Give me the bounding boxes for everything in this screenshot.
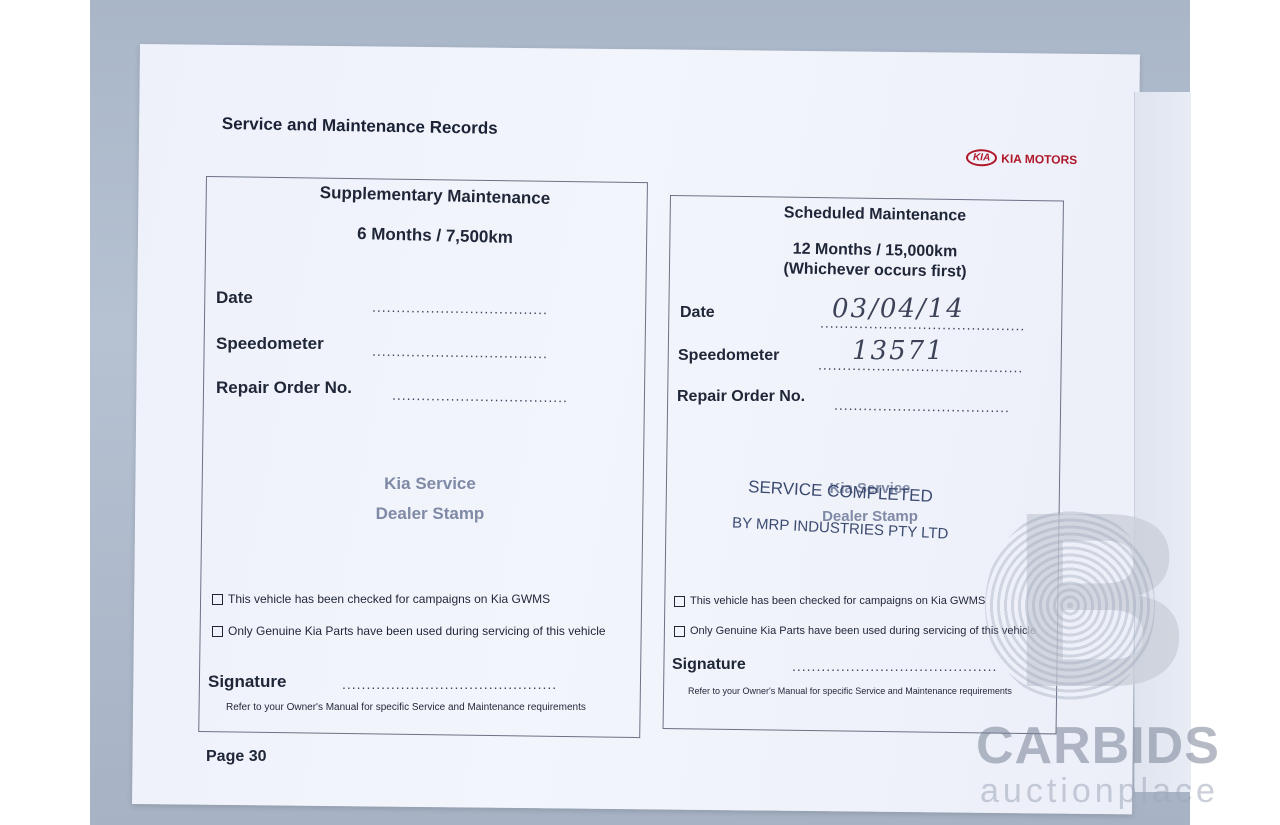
left-date-label: Date [216, 288, 253, 308]
checkbox-icon[interactable] [212, 626, 223, 637]
right-check-genuine-parts[interactable]: Only Genuine Kia Parts have been used du… [674, 625, 1036, 637]
left-stamp-line1: Kia Service [340, 474, 520, 494]
left-stamp-line2: Dealer Stamp [340, 504, 520, 524]
watermark-brand: CARBIDS [976, 716, 1220, 776]
left-signature-field[interactable]: ........................................… [342, 676, 557, 692]
left-repair-order-label: Repair Order No. [216, 378, 352, 398]
right-repair-order-label: Repair Order No. [677, 388, 805, 406]
right-signature-field[interactable]: ........................................… [792, 658, 997, 674]
left-card-note: Refer to your Owner's Manual for specifi… [226, 702, 586, 713]
fingerprint-icon [985, 508, 1155, 703]
kia-motors-logo: KIA KIA MOTORS [966, 149, 1078, 168]
supplementary-maintenance-card [198, 176, 648, 738]
checkbox-icon[interactable] [674, 596, 685, 607]
right-signature-label: Signature [672, 656, 746, 674]
left-check-genuine-parts[interactable]: Only Genuine Kia Parts have been used du… [212, 624, 606, 638]
checkbox-icon[interactable] [674, 626, 685, 637]
left-check-genuine-parts-label: Only Genuine Kia Parts have been used du… [228, 624, 606, 638]
right-speedometer-label: Speedometer [678, 347, 779, 365]
left-speedometer-label: Speedometer [216, 334, 324, 354]
right-speedometer-value: 13571 [852, 336, 945, 366]
right-check-gwms[interactable]: This vehicle has been checked for campai… [674, 595, 985, 607]
right-check-genuine-parts-label: Only Genuine Kia Parts have been used du… [690, 625, 1036, 637]
right-date-label: Date [680, 304, 715, 322]
right-card-note: Refer to your Owner's Manual for specifi… [688, 686, 1012, 696]
left-signature-label: Signature [208, 672, 286, 692]
left-speedometer-field[interactable]: .................................... [372, 343, 548, 361]
left-date-field[interactable]: .................................... [372, 299, 548, 317]
kia-logo-icon: KIA [966, 149, 998, 167]
left-repair-order-field[interactable]: .................................... [392, 387, 568, 405]
watermark-sub: auctionplace [980, 772, 1219, 811]
brand-text: KIA MOTORS [1001, 151, 1077, 166]
right-date-value: 03/04/14 [832, 294, 965, 324]
right-repair-order-field[interactable]: .................................... [834, 397, 1010, 415]
checkbox-icon[interactable] [212, 594, 223, 605]
page-number: Page 30 [206, 748, 266, 766]
left-check-gwms[interactable]: This vehicle has been checked for campai… [212, 592, 550, 606]
left-check-gwms-label: This vehicle has been checked for campai… [228, 592, 550, 606]
right-check-gwms-label: This vehicle has been checked for campai… [690, 595, 985, 607]
